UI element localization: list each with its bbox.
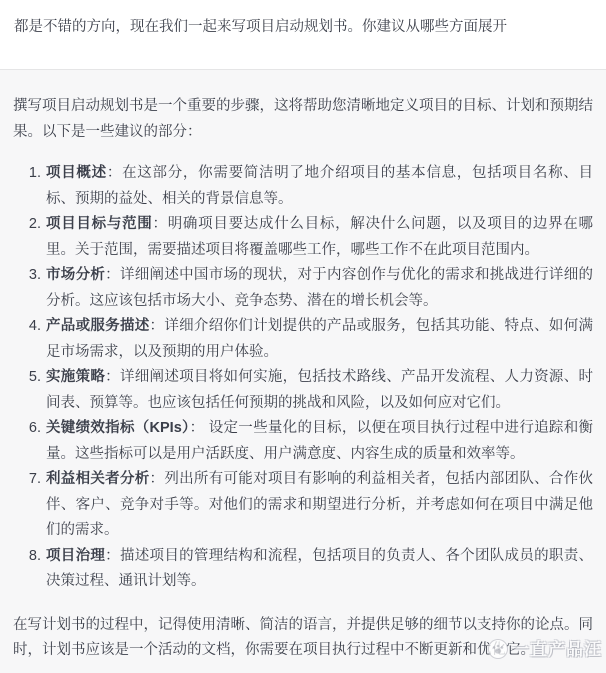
list-item: 项目治理：描述项目的管理结构和流程，包括项目的负责人、各个团队成员的职责、决策过… [45, 544, 593, 595]
assistant-intro-paragraph: 撰写项目启动规划书是一个重要的步骤，这将帮助您清晰地定义项目的目标、计划和预期结… [13, 94, 593, 145]
list-item: 利益相关者分析：列出所有可能对项目有影响的利益相关者，包括内部团队、合作伙伴、客… [45, 467, 593, 544]
section-body: 在这部分，你需要简洁明了地介绍项目的基本信息，包括项目名称、目标、预期的益处、相… [46, 165, 593, 207]
section-body: 详细阐述项目将如何实施，包括技术路线、产品开发流程、人力资源、时间表、预算等。也… [46, 369, 593, 411]
section-title: 利益相关者分析 [46, 471, 150, 487]
title-separator: ： [105, 267, 120, 283]
title-separator: ： [107, 165, 122, 181]
list-item: 产品或服务描述：详细介绍你们计划提供的产品或服务，包括其功能、特点、如何满足市场… [45, 314, 593, 365]
suggested-sections-list: 项目概述：在这部分，你需要简洁明了地介绍项目的基本信息，包括项目名称、目标、预期… [13, 161, 593, 595]
section-title: 项目治理 [46, 548, 105, 564]
list-item: 项目概述：在这部分，你需要简洁明了地介绍项目的基本信息，包括项目名称、目标、预期… [45, 161, 593, 212]
title-separator: ： [153, 216, 168, 232]
user-message-text: 都是不错的方向，现在我们一起来写项目启动规划书。你建议从哪些方面展开 [14, 16, 592, 38]
section-title: 实施策略 [46, 369, 105, 385]
section-title: 项目概述 [46, 165, 107, 181]
assistant-closing-paragraph: 在写计划书的过程中，记得使用清晰、简洁的语言，并提供足够的细节以支持你的论点。同… [13, 613, 593, 664]
title-separator: ： [105, 548, 120, 564]
list-item: 市场分析：详细阐述中国市场的现状，对于内容创作与优化的需求和挑战进行详细的分析。… [45, 263, 593, 314]
section-body: 描述项目的管理结构和流程，包括项目的负责人、各个团队成员的职责、决策过程、通讯计… [46, 548, 593, 590]
section-title: 市场分析 [46, 267, 105, 283]
list-item: 实施策略：详细阐述项目将如何实施，包括技术路线、产品开发流程、人力资源、时间表、… [45, 365, 593, 416]
list-item: 关键绩效指标（KPIs）： 设定一些量化的目标，以便在项目执行过程中进行追踪和衡… [45, 416, 593, 467]
section-title: 产品或服务描述 [46, 318, 150, 334]
assistant-message-section: 撰写项目启动规划书是一个重要的步骤，这将帮助您清晰地定义项目的目标、计划和预期结… [0, 70, 606, 673]
title-separator: ： [150, 471, 165, 487]
title-separator: ： [105, 369, 120, 385]
title-separator: ： [190, 420, 205, 436]
user-message-section: 都是不错的方向，现在我们一起来写项目启动规划书。你建议从哪些方面展开 [0, 0, 606, 70]
section-title: 关键绩效指标（KPIs） [46, 420, 190, 436]
title-separator: ： [150, 318, 165, 334]
section-title: 项目目标与范围 [46, 216, 153, 232]
list-item: 项目目标与范围：明确项目要达成什么目标，解决什么问题，以及项目的边界在哪里。关于… [45, 212, 593, 263]
section-body: 详细阐述中国市场的现状，对于内容创作与优化的需求和挑战进行详细的分析。这应该包括… [46, 267, 593, 309]
